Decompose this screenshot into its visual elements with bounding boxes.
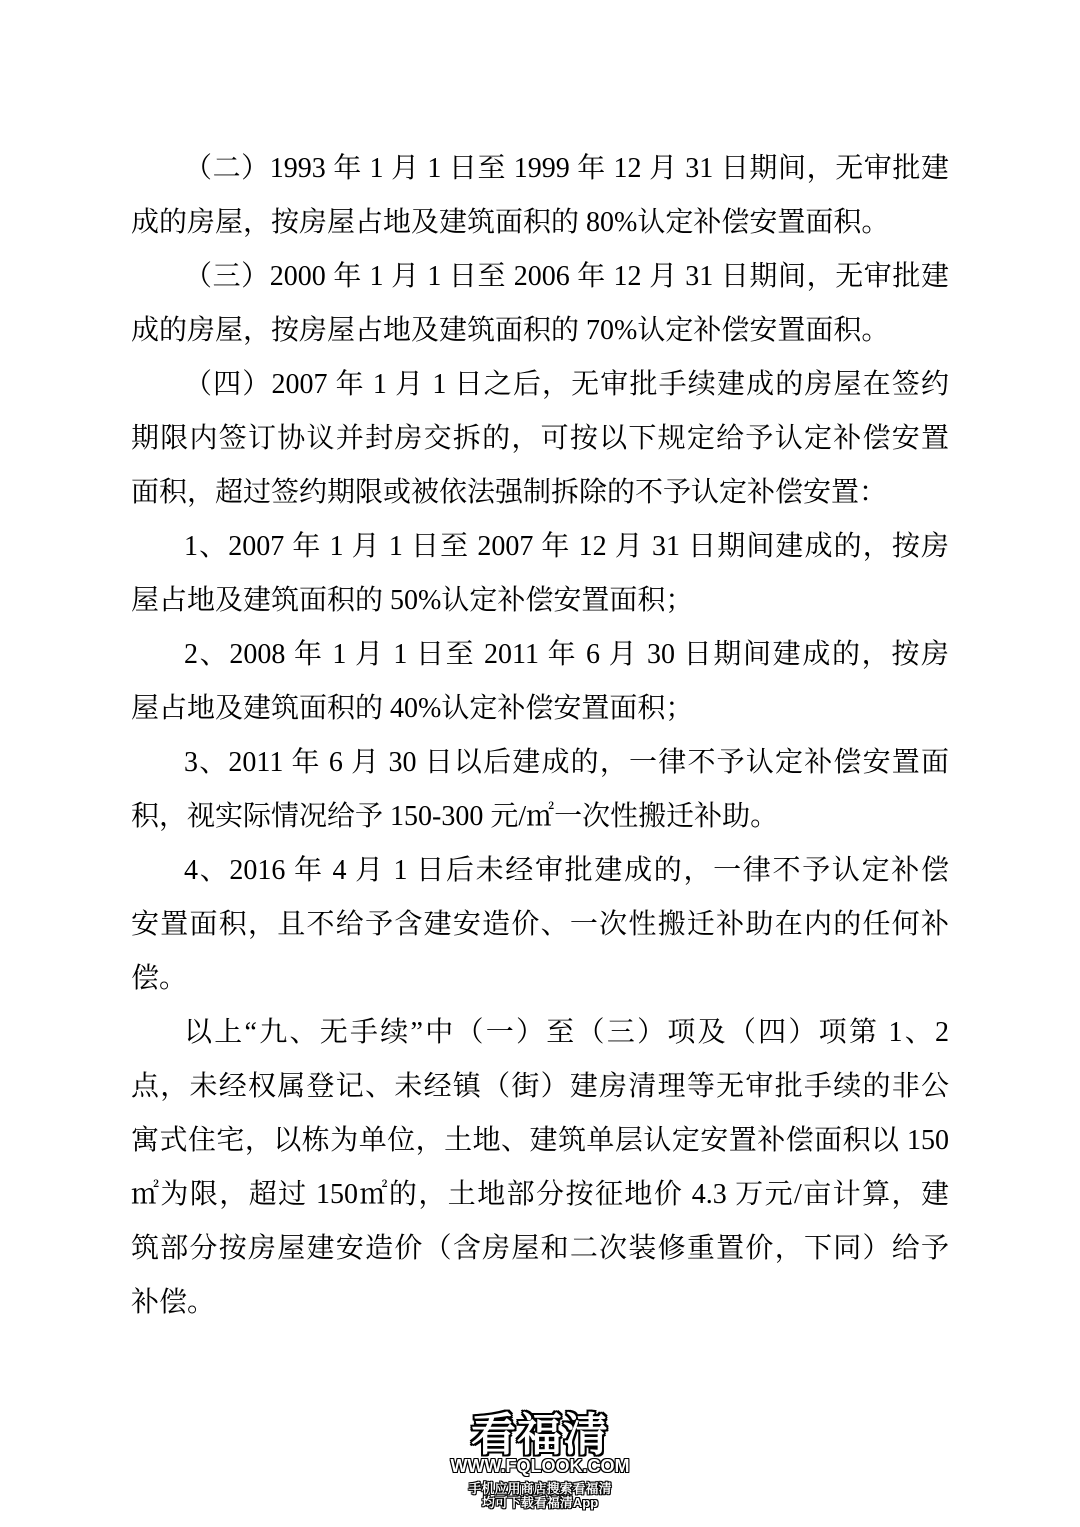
watermark: 看福清 WWW.FQLOOK.COM 手机应用商店搜索看福清 均可下载看福清Ap… bbox=[0, 1411, 1080, 1510]
document-body: （二）1993 年 1 月 1 日至 1999 年 12 月 31 日期间，无审… bbox=[131, 142, 949, 1330]
paragraph-2-line-1: （三）2000 年 1 月 1 日至 2006 年 12 月 31 日期间，无审… bbox=[131, 250, 949, 304]
paragraph-6-line-2: 积，视实际情况给予 150-300 元/㎡一次性搬迁补助。 bbox=[131, 790, 949, 844]
watermark-spacer bbox=[0, 1474, 1080, 1482]
paragraph-8-line-4: ㎡为限，超过 150㎡的，土地部分按征地价 4.3 万元/亩计算，建 bbox=[131, 1168, 949, 1222]
paragraph-8-line-2: 点，未经权属登记、未经镇（街）建房清理等无审批手续的非公 bbox=[131, 1060, 949, 1114]
paragraph-2-line-2: 成的房屋，按房屋占地及建筑面积的 70%认定补偿安置面积。 bbox=[131, 304, 949, 358]
paragraph-6-line-1: 3、2011 年 6 月 30 日以后建成的，一律不予认定补偿安置面 bbox=[131, 736, 949, 790]
paragraph-3-line-2: 期限内签订协议并封房交拆的，可按以下规定给予认定补偿安置 bbox=[131, 412, 949, 466]
paragraph-5-line-1: 2、2008 年 1 月 1 日至 2011 年 6 月 30 日期间建成的，按… bbox=[131, 628, 949, 682]
paragraph-3-line-1: （四）2007 年 1 月 1 日之后，无审批手续建成的房屋在签约 bbox=[131, 358, 949, 412]
paragraph-7-line-2: 安置面积，且不给予含建安造价、一次性搬迁补助在内的任何补 bbox=[131, 898, 949, 952]
paragraph-8-line-1: 以上“九、无手续”中（一）至（三）项及（四）项第 1、2 bbox=[131, 1006, 949, 1060]
paragraph-8-line-5: 筑部分按房屋建安造价（含房屋和二次装修重置价，下同）给予 bbox=[131, 1222, 949, 1276]
paragraph-5-line-2: 屋占地及建筑面积的 40%认定补偿安置面积； bbox=[131, 682, 949, 736]
paragraph-4-line-2: 屋占地及建筑面积的 50%认定补偿安置面积； bbox=[131, 574, 949, 628]
page: { "page": { "background": "#ffffff", "te… bbox=[0, 0, 1080, 1527]
paragraph-8-line-3: 寓式住宅，以栋为单位，土地、建筑单层认定安置补偿面积以 150 bbox=[131, 1114, 949, 1168]
paragraph-8-line-6: 补偿。 bbox=[131, 1276, 949, 1330]
watermark-logo-text: 看福清 bbox=[0, 1411, 1080, 1459]
paragraph-1-line-1: （二）1993 年 1 月 1 日至 1999 年 12 月 31 日期间，无审… bbox=[131, 142, 949, 196]
paragraph-4-line-1: 1、2007 年 1 月 1 日至 2007 年 12 月 31 日期间建成的，… bbox=[131, 520, 949, 574]
paragraph-7-line-1: 4、2016 年 4 月 1 日后未经审批建成的，一律不予认定补偿 bbox=[131, 844, 949, 898]
document-page: （二）1993 年 1 月 1 日至 1999 年 12 月 31 日期间，无审… bbox=[0, 0, 1080, 1527]
watermark-note-line2: 均可下载看福清App bbox=[0, 1496, 1080, 1510]
paragraph-1-line-2: 成的房屋，按房屋占地及建筑面积的 80%认定补偿安置面积。 bbox=[131, 196, 949, 250]
watermark-url: WWW.FQLOOK.COM bbox=[0, 1459, 1080, 1474]
paragraph-7-line-3: 偿。 bbox=[131, 952, 949, 1006]
paragraph-3-line-3: 面积，超过签约期限或被依法强制拆除的不予认定补偿安置： bbox=[131, 466, 949, 520]
watermark-note-line1: 手机应用商店搜索看福清 bbox=[0, 1482, 1080, 1496]
